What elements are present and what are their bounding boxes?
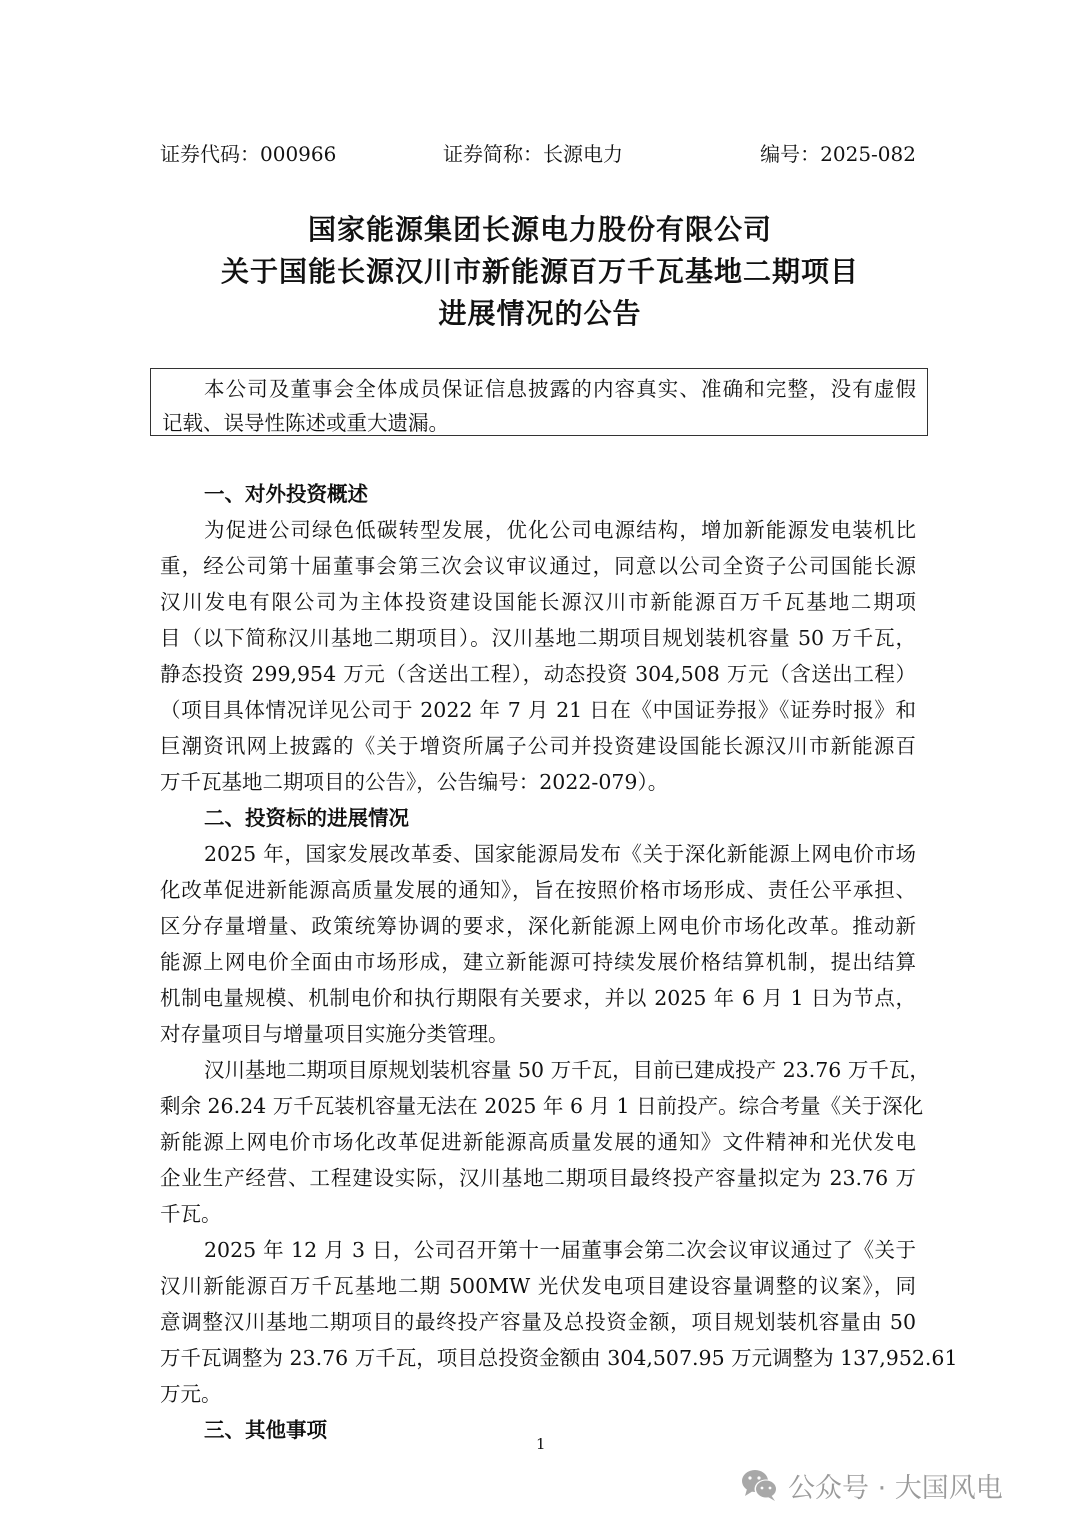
section-heading-3: 三、其他事项 [204, 1412, 327, 1448]
paragraph-line: 汉川基地二期项目原规划装机容量 50 万千瓦，目前已建成投产 23.76 万千瓦… [204, 1052, 916, 1088]
paragraph-line: 巨潮资讯网上披露的《关于增资所属子公司并投资建设国能长源汉川市新能源百 [160, 728, 916, 764]
page-number: 1 [536, 1434, 546, 1454]
paragraph-line: 汉川新能源百万千瓦基地二期 500MW 光伏发电项目建设容量调整的议案》，同 [160, 1268, 916, 1304]
paragraph-line: 万千瓦调整为 23.76 万千瓦，项目总投资金额由 304,507.95 万元调… [160, 1340, 916, 1376]
paragraph-line: 千瓦。 [160, 1196, 916, 1232]
title-line-2: 关于国能长源汉川市新能源百万千瓦基地二期项目 [0, 250, 1080, 294]
title-line-3: 进展情况的公告 [0, 292, 1080, 336]
section-heading-2: 二、投资标的进展情况 [204, 800, 409, 836]
stock-abbreviation: 证券简称：长源电力 [443, 140, 623, 168]
paragraph-line: 万元。 [160, 1376, 916, 1412]
paragraph-line: 汉川发电有限公司为主体投资建设国能长源汉川市新能源百万千瓦基地二期项 [160, 584, 916, 620]
wechat-icon [740, 1467, 780, 1503]
title-line-1: 国家能源集团长源电力股份有限公司 [0, 208, 1080, 252]
paragraph-line: 2025 年 12 月 3 日，公司召开第十一届董事会第二次会议审议通过了《关于 [204, 1232, 916, 1268]
paragraph-line: 意调整汉川基地二期项目的最终投产容量及总投资金额，项目规划装机容量由 50 [160, 1304, 916, 1340]
paragraph-line: 化改革促进新能源高质量发展的通知》，旨在按照价格市场形成、责任公平承担、 [160, 872, 916, 908]
paragraph-line: 能源上网电价全面由市场形成，建立新能源可持续发展价格结算机制，提出结算 [160, 944, 916, 980]
paragraph-line: 新能源上网电价市场化改革促进新能源高质量发展的通知》文件精神和光伏发电 [160, 1124, 916, 1160]
paragraph-line: 为促进公司绿色低碳转型发展，优化公司电源结构，增加新能源发电装机比 [204, 512, 916, 548]
paragraph-line: 静态投资 299,954 万元（含送出工程），动态投资 304,508 万元（含… [160, 656, 916, 692]
document-header: 证券代码：000966 证券简称：长源电力 编号：2025-082 [160, 140, 916, 168]
paragraph-line: 2025 年，国家发展改革委、国家能源局发布《关于深化新能源上网电价市场 [204, 836, 916, 872]
paragraph-line: （项目具体情况详见公司于 2022 年 7 月 21 日在《中国证券报》《证券时… [160, 692, 916, 728]
watermark-text: 公众号 · 大国风电 [788, 1466, 1003, 1505]
paragraph-line: 机制电量规模、机制电价和执行期限有关要求，并以 2025 年 6 月 1 日为节… [160, 980, 916, 1016]
paragraph-line: 重，经公司第十届董事会第三次会议审议通过，同意以公司全资子公司国能长源 [160, 548, 916, 584]
document-number: 编号：2025-082 [760, 140, 916, 168]
paragraph-line: 万千瓦基地二期项目的公告》，公告编号：2022-079）。 [160, 764, 916, 800]
paragraph-line: 区分存量增量、政策统筹协调的要求，深化新能源上网电价市场化改革。推动新 [160, 908, 916, 944]
disclaimer-line: 本公司及董事会全体成员保证信息披露的内容真实、准确和完整，没有虚假 [204, 371, 916, 407]
source-watermark: 公众号 · 大国风电 [740, 1465, 1003, 1505]
paragraph-line: 目（以下简称汉川基地二期项目）。汉川基地二期项目规划装机容量 50 万千瓦， [160, 620, 916, 656]
paragraph-line: 剩余 26.24 万千瓦装机容量无法在 2025 年 6 月 1 日前投产。综合… [160, 1088, 916, 1124]
disclaimer-line: 记载、误导性陈述或重大遗漏。 [162, 405, 918, 441]
section-heading-1: 一、对外投资概述 [204, 476, 368, 512]
paragraph-line: 企业生产经营、工程建设实际，汉川基地二期项目最终投产容量拟定为 23.76 万 [160, 1160, 916, 1196]
paragraph-line: 对存量项目与增量项目实施分类管理。 [160, 1016, 916, 1052]
stock-code: 证券代码：000966 [160, 140, 336, 168]
